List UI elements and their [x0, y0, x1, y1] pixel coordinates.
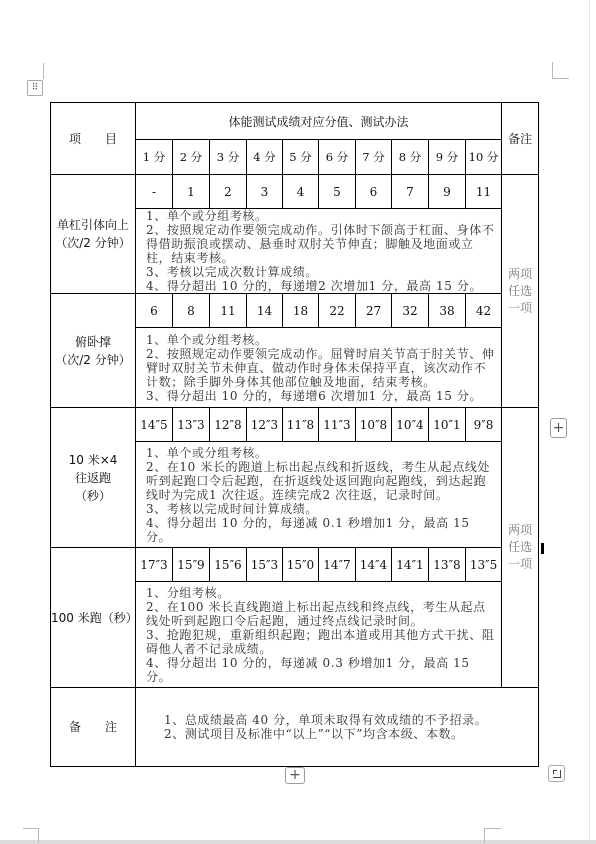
value-cell[interactable]: 13″3: [173, 408, 210, 442]
item-pushup-cell[interactable]: 俯卧撑 （次/2 分钟）: [51, 294, 136, 408]
item-unit: （秒）: [51, 487, 135, 505]
footer-notes-cell[interactable]: 1、总成绩最高 40 分，单项未取得有效成绩的不予招录。 2、测试项目及标准中“…: [136, 688, 539, 767]
rules-cell[interactable]: 1、单个或分组考核。 2、按照规定动作要领完成动作。屈臂时肩关节高于肘关节、伸臂…: [136, 328, 502, 408]
text-cursor: [541, 543, 544, 554]
value-cell[interactable]: 2: [210, 175, 247, 209]
table-title: 体能测试成绩对应分值、测试办法: [229, 115, 409, 129]
item-name: 俯卧撑: [51, 333, 135, 351]
score-header-cell[interactable]: 7 分: [356, 140, 392, 175]
value-cell[interactable]: 11″8: [283, 408, 319, 442]
score-header-cell[interactable]: 1 分: [136, 140, 173, 175]
rule-line: 2、按照规定动作要领完成动作。屈臂时肩关节高于肘关节、伸臂时双肘关节未伸直、做动…: [146, 347, 495, 389]
value-cell[interactable]: 18: [283, 294, 319, 328]
value-cell[interactable]: 11: [466, 175, 502, 209]
rules-cell[interactable]: 1、单个或分组考核。 2、在10 米长的跑道上标出起点线和折返线，考生从起点线处…: [136, 442, 502, 548]
rules-cell[interactable]: 1、分组考核。 2、在100 米长直线跑道上标出起点线和终点线，考生从起点线处听…: [136, 582, 502, 688]
value-cell[interactable]: 6: [136, 294, 173, 328]
group-note-text: 一项: [502, 556, 538, 573]
footer-label-cell[interactable]: 备 注: [51, 688, 136, 767]
margin-corner-mark: [552, 62, 569, 79]
rule-line: 3、考核以完成次数计算成绩。: [146, 265, 495, 279]
add-column-button[interactable]: +: [550, 418, 567, 438]
value-cell[interactable]: 3: [247, 175, 283, 209]
item-name: 单杠引体向上: [51, 216, 135, 234]
value-cell[interactable]: 4: [283, 175, 319, 209]
score-header-cell[interactable]: 8 分: [392, 140, 429, 175]
score-header-cell[interactable]: 10 分: [466, 140, 502, 175]
rule-line: 3、抢跑犯规，重新组织起跑；跑出本道或用其他方式干扰、阻碍他人者不记录成绩。: [146, 628, 495, 656]
item-unit: （次/2 分钟）: [51, 351, 135, 369]
group-note-text: 两项: [502, 522, 538, 539]
header-item-label: 项 目: [69, 132, 117, 146]
margin-corner-mark: [23, 828, 39, 843]
value-cell[interactable]: 22: [319, 294, 356, 328]
value-cell[interactable]: 14″1: [392, 548, 429, 582]
header-title-cell[interactable]: 体能测试成绩对应分值、测试办法: [136, 103, 502, 140]
value-cell[interactable]: 15″3: [247, 548, 283, 582]
footer-note-line: 2、测试项目及标准中“以上”“以下”均含本级、本数。: [164, 727, 532, 741]
score-header-cell[interactable]: 3 分: [210, 140, 247, 175]
page-edge-bottom: [0, 840, 596, 844]
page-edge: [589, 0, 590, 844]
rule-line: 2、在10 米长的跑道上标出起点线和折返线，考生从起点线处听到起跑口令后起跑，在…: [146, 460, 495, 502]
rule-line: 1、分组考核。: [146, 586, 495, 600]
group-note-text: 两项: [502, 266, 538, 283]
score-header-cell[interactable]: 2 分: [173, 140, 210, 175]
group-note-text: 一项: [502, 300, 538, 317]
value-cell[interactable]: 11: [210, 294, 247, 328]
margin-corner-mark: [28, 63, 44, 79]
value-cell[interactable]: 32: [392, 294, 429, 328]
value-cell[interactable]: 6: [356, 175, 392, 209]
footer-note-line: 1、总成绩最高 40 分，单项未取得有效成绩的不予招录。: [164, 713, 532, 727]
score-header-cell[interactable]: 5 分: [283, 140, 319, 175]
value-cell[interactable]: 15″9: [173, 548, 210, 582]
header-remark-label: 备注: [508, 132, 532, 146]
rule-line: 1、单个或分组考核。: [146, 446, 495, 460]
rule-line: 3、考核以完成时间计算成绩。: [146, 502, 495, 516]
score-header-cell[interactable]: 6 分: [319, 140, 356, 175]
table-resize-handle-icon[interactable]: [548, 765, 565, 782]
value-cell[interactable]: 27: [356, 294, 392, 328]
value-cell[interactable]: 15″0: [283, 548, 319, 582]
value-cell[interactable]: 10″8: [356, 408, 392, 442]
add-row-button[interactable]: +: [285, 767, 305, 784]
rule-line: 3、得分超出 10 分的，每递增6 次增加1 分，最高 15 分。: [146, 389, 495, 403]
group-note-text: 任选: [502, 539, 538, 556]
item-unit: （次/2 分钟）: [51, 234, 135, 252]
value-cell[interactable]: 11″3: [319, 408, 356, 442]
value-cell[interactable]: 38: [429, 294, 466, 328]
rule-line: 2、在100 米长直线跑道上标出起点线和终点线，考生从起点线处听到起跑口令后起跑…: [146, 600, 495, 628]
value-cell[interactable]: 1: [173, 175, 210, 209]
value-cell[interactable]: 8: [173, 294, 210, 328]
value-cell[interactable]: 10″4: [392, 408, 429, 442]
value-cell[interactable]: 12″3: [247, 408, 283, 442]
group-note-cell[interactable]: 两项 任选 一项: [502, 175, 539, 408]
item-name: 10 米×4: [51, 451, 135, 469]
rule-line: 4、得分超出 10 分的，每递减 0.3 秒增加1 分，最高 15 分。: [146, 656, 495, 684]
value-cell[interactable]: 5: [319, 175, 356, 209]
score-header-cell[interactable]: 9 分: [429, 140, 466, 175]
fitness-test-table: 项 目 体能测试成绩对应分值、测试办法 备注 1 分 2 分 3 分 4 分 5…: [50, 102, 539, 767]
group-note-cell[interactable]: 两项 任选 一项: [502, 408, 539, 688]
item-shuttle-run-cell[interactable]: 10 米×4 往返跑 （秒）: [51, 408, 136, 548]
header-item-cell[interactable]: 项 目: [51, 103, 136, 175]
value-cell[interactable]: 13″8: [429, 548, 466, 582]
rules-cell[interactable]: 1、单个或分组考核。 2、按照规定动作要领完成动作。引体时下颌高于杠面、身体不得…: [136, 209, 502, 294]
value-cell[interactable]: 17″3: [136, 548, 173, 582]
rule-line: 4、得分超出 10 分的，每递减 0.1 秒增加1 分，最高 15 分。: [146, 516, 495, 544]
value-cell[interactable]: 12″8: [210, 408, 247, 442]
item-name: 100 米跑（秒）: [51, 609, 135, 627]
rule-line: 1、单个或分组考核。: [146, 333, 495, 347]
table-move-handle-icon[interactable]: ⠿: [27, 80, 43, 96]
value-cell[interactable]: 13″5: [466, 548, 502, 582]
value-cell[interactable]: 42: [466, 294, 502, 328]
item-pullup-cell[interactable]: 单杠引体向上 （次/2 分钟）: [51, 175, 136, 294]
rule-line: 2、按照规定动作要领完成动作。引体时下颌高于杠面、身体不得借助振浪或摆动、悬垂时…: [146, 223, 495, 265]
margin-corner-mark: [484, 828, 501, 843]
value-cell[interactable]: 9: [429, 175, 466, 209]
item-100m-cell[interactable]: 100 米跑（秒）: [51, 548, 136, 688]
score-header-cell[interactable]: 4 分: [247, 140, 283, 175]
value-cell[interactable]: 14: [247, 294, 283, 328]
value-cell[interactable]: 7: [392, 175, 429, 209]
value-cell[interactable]: 14″7: [319, 548, 356, 582]
footer-label: 备 注: [69, 720, 117, 734]
value-cell[interactable]: -: [136, 175, 173, 209]
value-cell[interactable]: 14″4: [356, 548, 392, 582]
value-cell[interactable]: 14″5: [136, 408, 173, 442]
value-cell[interactable]: 9″8: [466, 408, 502, 442]
header-remark-cell[interactable]: 备注: [502, 103, 539, 175]
item-name: 往返跑: [51, 469, 135, 487]
rule-line: 1、单个或分组考核。: [146, 209, 495, 223]
group-note-text: 任选: [502, 283, 538, 300]
value-cell[interactable]: 15″6: [210, 548, 247, 582]
value-cell[interactable]: 10″1: [429, 408, 466, 442]
rule-line: 4、得分超出 10 分的，每递增2 次增加1 分，最高 15 分。: [146, 279, 495, 293]
